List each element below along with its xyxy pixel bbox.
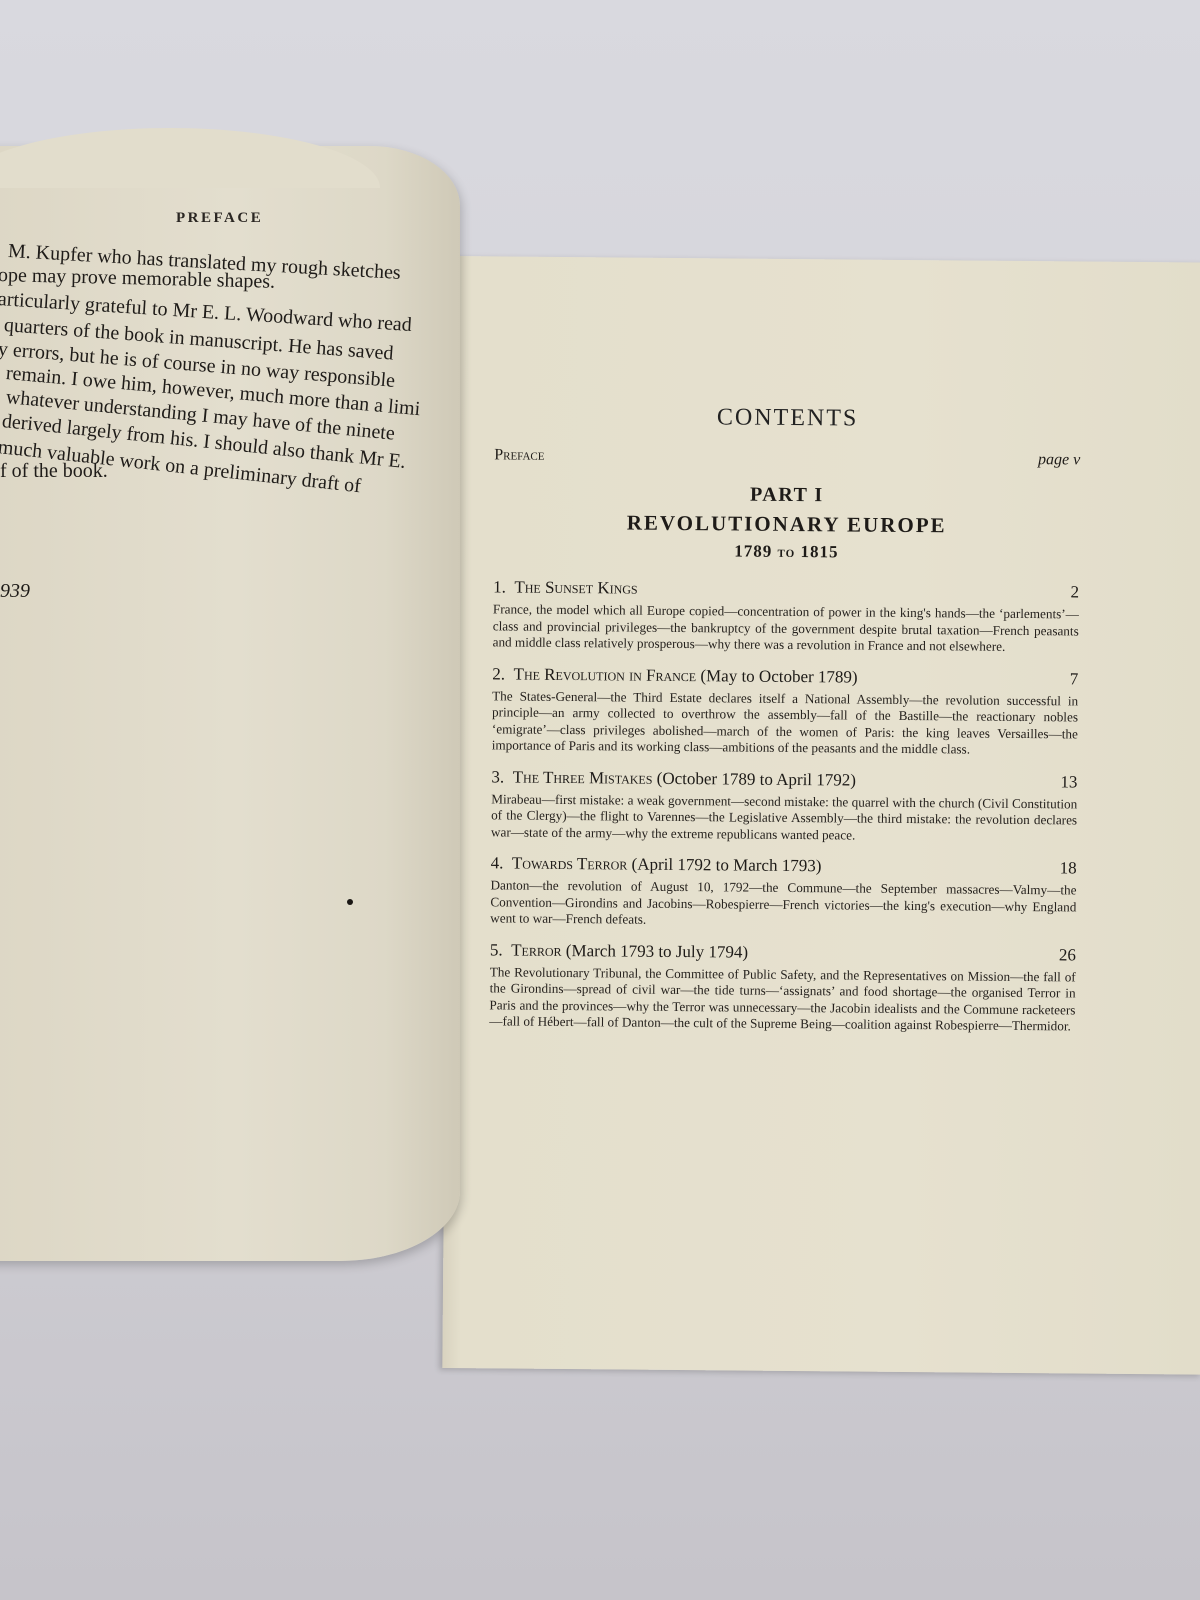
toc-preface-page: page v: [1038, 451, 1080, 469]
chapter-title: Terror: [511, 940, 562, 959]
contents-heading: CONTENTS: [494, 402, 1080, 434]
toc-entry-preface[interactable]: Preface page v: [494, 446, 1080, 469]
chapter-dates: (May to October 1789): [700, 666, 857, 686]
left-page-preface: PREFACE M. Kupfer who has translated my …: [0, 146, 460, 1261]
chapter-dates: (April 1792 to March 1793): [632, 855, 822, 876]
toc-chapter[interactable]: 5. Terror (March 1793 to July 1794) 26 T…: [489, 939, 1076, 1035]
chapter-summary: France, the model which all Europe copie…: [493, 601, 1079, 656]
toc-chapter[interactable]: 2. The Revolution in France (May to Octo…: [492, 663, 1079, 759]
running-head: PREFACE: [176, 210, 263, 227]
toc-preface-label: Preface: [494, 446, 544, 464]
chapter-title-group: 4. Towards Terror (April 1792 to March 1…: [491, 852, 822, 877]
right-page-contents: CONTENTS Preface page v PART I REVOLUTIO…: [442, 256, 1200, 1375]
preface-line: f of the book.: [0, 460, 108, 483]
chapter-dates: (October 1789 to April 1792): [657, 768, 856, 789]
part-heading: PART I REVOLUTIONARY EUROPE 1789 to 1815: [493, 478, 1080, 568]
preface-date: 939: [0, 580, 30, 603]
chapter-page-number: 26: [1059, 944, 1076, 966]
toc-chapter[interactable]: 4. Towards Terror (April 1792 to March 1…: [490, 852, 1077, 932]
part-date-start: 1789: [734, 541, 772, 560]
chapter-list: 1. The Sunset Kings 2 France, the model …: [489, 576, 1079, 1047]
chapter-number: 2.: [492, 664, 505, 683]
chapter-title-group: 2. The Revolution in France (May to Octo…: [492, 663, 857, 688]
chapter-number: 1.: [493, 577, 506, 596]
chapter-number: 3.: [491, 767, 504, 786]
part-date-end: 1815: [800, 542, 838, 561]
chapter-title: The Sunset Kings: [514, 578, 637, 598]
toc-chapter[interactable]: 3. The Three Mistakes (October 1789 to A…: [491, 766, 1078, 846]
chapter-number: 4.: [491, 853, 504, 872]
contents-area: CONTENTS Preface page v PART I REVOLUTIO…: [496, 256, 1082, 261]
chapter-heading: 4. Towards Terror (April 1792 to March 1…: [491, 852, 1077, 879]
toc-chapter[interactable]: 1. The Sunset Kings 2 France, the model …: [493, 576, 1080, 656]
chapter-title: The Three Mistakes: [513, 767, 653, 787]
part-date-to: to: [777, 545, 795, 561]
chapter-summary: Danton—the revolution of August 10, 1792…: [490, 877, 1076, 932]
chapter-summary: The States-General—the Third Estate decl…: [492, 688, 1079, 759]
chapter-page-number: 18: [1060, 857, 1077, 879]
ink-speck: [347, 899, 353, 905]
chapter-heading: 2. The Revolution in France (May to Octo…: [492, 663, 1078, 690]
chapter-number: 5.: [490, 940, 503, 959]
chapter-summary: Mirabeau—first mistake: a weak governmen…: [491, 791, 1077, 846]
chapter-heading: 3. The Three Mistakes (October 1789 to A…: [491, 766, 1077, 793]
chapter-summary: The Revolutionary Tribunal, the Committe…: [489, 964, 1076, 1035]
chapter-title-group: 5. Terror (March 1793 to July 1794): [490, 939, 748, 963]
chapter-title: Towards Terror: [512, 854, 628, 874]
chapter-page-number: 13: [1060, 771, 1077, 793]
chapter-title-group: 1. The Sunset Kings: [493, 576, 638, 599]
chapter-title: The Revolution in France: [514, 664, 697, 685]
chapter-page-number: 2: [1070, 581, 1079, 603]
part-dates: 1789 to 1815: [493, 536, 1079, 568]
chapter-heading: 1. The Sunset Kings 2: [493, 576, 1079, 603]
chapter-heading: 5. Terror (March 1793 to July 1794) 26: [490, 939, 1076, 966]
chapter-dates: (March 1793 to July 1794): [566, 941, 748, 962]
chapter-title-group: 3. The Three Mistakes (October 1789 to A…: [491, 766, 856, 791]
chapter-page-number: 7: [1070, 668, 1079, 690]
